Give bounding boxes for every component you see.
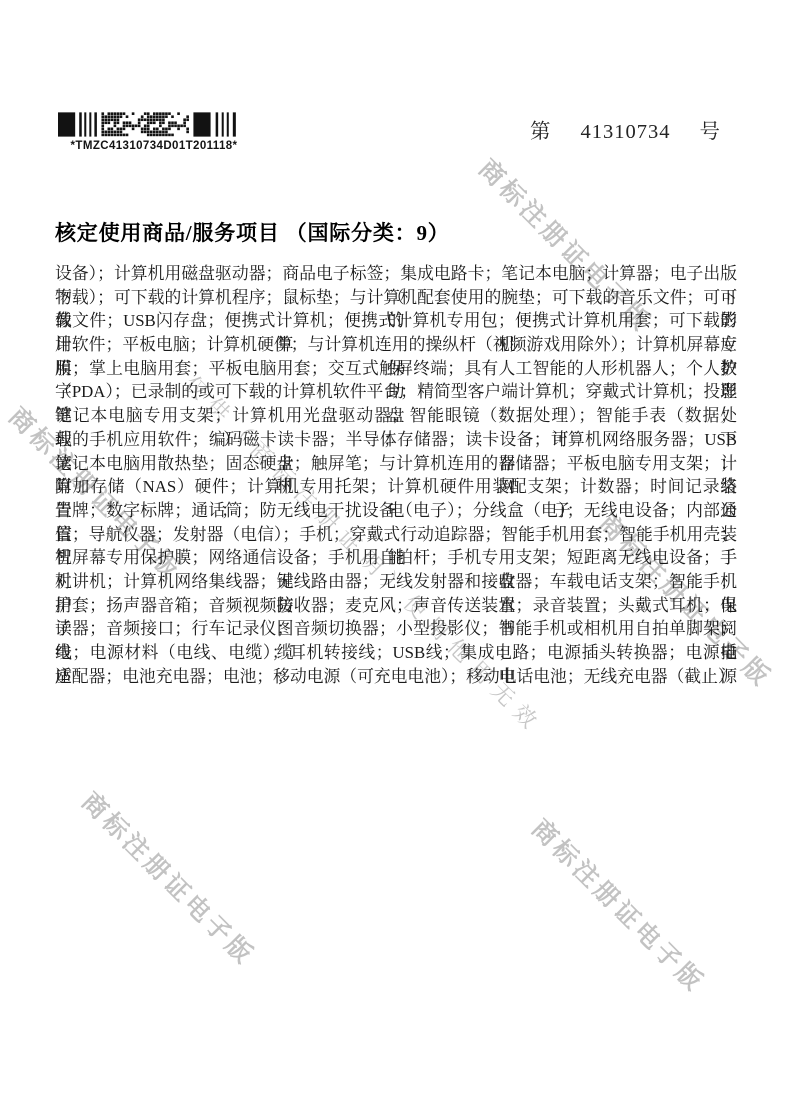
- barcode-text: *TMZC41310734D01T201118*: [56, 140, 252, 152]
- goods-services-line: 对讲机；计算机网络集线器；无线路由器；无线发射器和接收器；车载电话支架；智能手机…: [55, 570, 737, 594]
- barcode-block: *TMZC41310734D01T201118*: [56, 112, 252, 152]
- certificate-page: 商标注册证电子版商标注册证电子版仅供（商标注册证明）使用他用无效商标注册证电子版…: [0, 0, 790, 1118]
- goods-services-line: 载的手机应用软件；编码磁卡读卡器；半导体存储器；读卡设备；计算机网络服务器；US…: [55, 428, 737, 452]
- certificate-number: 第 41310734 号: [530, 114, 721, 144]
- goods-services-line: 附加存储（NAS）硬件；计算机专用托架；计算机硬件用装配支架；计数器；时间记录装…: [55, 475, 737, 499]
- goods-services-line: 线；电源材料（电线、电缆）；耳机转接线；USB线；集成电路；电源插头转换器；电源…: [55, 641, 737, 665]
- goods-services-line: 告牌；数字标牌；通话筒；防无线电干扰设备（电子）；分线盒（电）；无线电设备；内部…: [55, 499, 737, 523]
- goods-services-line: 适配器；电池充电器；电池；移动电源（可充电电池）；移动电话电池；无线充电器（截止…: [55, 665, 737, 689]
- content-layer: *TMZC41310734D01T201118* 第 41310734 号 核定…: [0, 0, 790, 1118]
- goods-services-line: （PDA）；已录制的或可下载的计算机软件平台；精简型客户端计算机；穿戴式计算机；…: [55, 380, 737, 404]
- goods-services-line: 读器；音频接口；行车记录仪；音频切换器；小型投影仪；智能手机或相机用自拍单脚架；…: [55, 617, 737, 641]
- goods-services-line: 笔记本电脑专用支架；计算机用光盘驱动器；智能眼镜（数据处理）；智能手表（数据处理…: [55, 404, 737, 428]
- goods-services-list: 设备）；计算机用磁盘驱动器；商品电子标签；集成电路卡；笔记本电脑；计算器；电子出…: [55, 262, 737, 688]
- certificate-number-prefix: 第: [530, 114, 552, 144]
- goods-services-line: 机屏幕专用保护膜；网络通信设备；手机用自拍杆；手机专用支架；短距离无线电设备；手…: [55, 546, 737, 570]
- goods-services-line: 设备）；计算机用磁盘驱动器；商品电子标签；集成电路卡；笔记本电脑；计算器；电子出…: [55, 262, 737, 286]
- goods-services-line: 像文件；USB闪存盘；便携式计算机；便携式计算机专用包；便携式计算机用套；可下载…: [55, 309, 737, 333]
- goods-services-line: 用软件；平板电脑；计算机硬件；与计算机连用的操纵杆（视频游戏用除外）；计算机屏幕…: [55, 333, 737, 357]
- goods-services-line: 膜；掌上电脑用套；平板电脑用套；交互式触屏终端；具有人工智能的人形机器人；个人数…: [55, 357, 737, 381]
- goods-services-line: 笔记本电脑用散热垫；固态硬盘；触屏笔；与计算机连用的存储器；平板电脑专用支架；计…: [55, 452, 737, 476]
- section-heading: 核定使用商品/服务项目 （国际分类：9）: [55, 217, 450, 247]
- goods-services-line: 下载）；可下载的计算机程序；鼠标垫；与计算机配套使用的腕垫；可下载的音乐文件；可…: [55, 286, 737, 310]
- barcode-image: [58, 112, 250, 139]
- certificate-number-suffix: 号: [700, 114, 722, 144]
- goods-services-line: 护套；扬声器音箱；音频视频接收器；麦克风；声音传送装置；录音装置；头戴式耳机；电…: [55, 594, 737, 618]
- goods-services-line: 置；导航仪器；发射器（电信）；手机；穿戴式行动追踪器；智能手机用套；智能手机用壳…: [55, 523, 737, 547]
- certificate-number-value: 41310734: [581, 121, 671, 144]
